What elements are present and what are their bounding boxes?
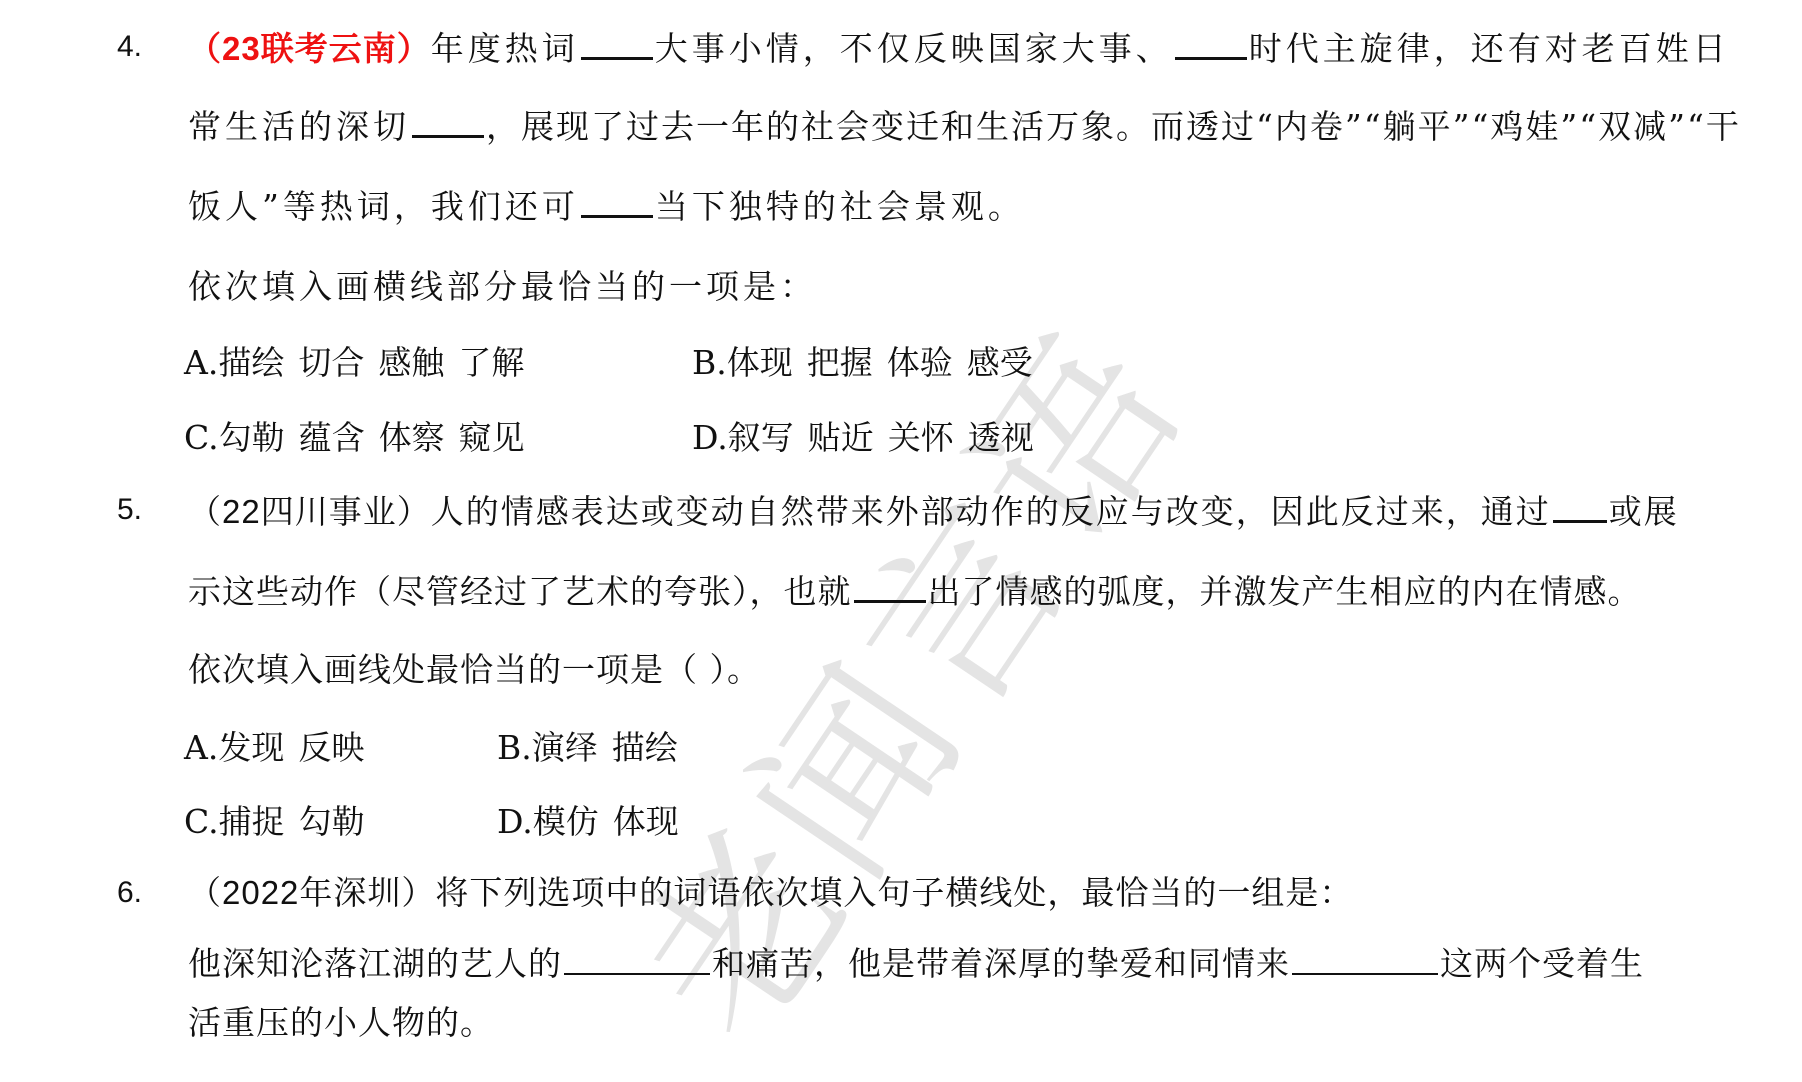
option-word: 反映 xyxy=(298,728,364,767)
stem-text: 常生活的深切 xyxy=(188,107,410,146)
option-word: 勾勒 xyxy=(299,802,365,841)
question-4-stem-line-2: 常生活的深切，展现了过去一年的社会变迁和生活万象。而透过“内卷”“躺平”“鸡娃”… xyxy=(188,105,1741,147)
option-d[interactable]: D.叙写贴近关怀透视 xyxy=(692,418,1048,458)
option-word: 叙写 xyxy=(728,418,794,457)
stem-text: 时代主旋律，还有对老百姓日 xyxy=(1249,29,1730,68)
stem-text: 示这些动作（尽管经过了艺术的夸张），也就 xyxy=(188,572,852,611)
option-c[interactable]: C.捕捉勾勒 xyxy=(184,802,379,842)
question-source-label: （23联考云南） xyxy=(188,30,431,67)
fill-blank[interactable] xyxy=(412,105,484,138)
question-5-stem-line-2: 示这些动作（尽管经过了艺术的夸张），也就出了情感的弧度，并激发产生相应的内在情感… xyxy=(188,570,1642,612)
fill-blank[interactable] xyxy=(581,185,653,218)
stem-text: 当下独特的社会景观。 xyxy=(655,187,1025,226)
question-5-prompt: 依次填入画线处最恰当的一项是（ ）。 xyxy=(188,650,761,690)
question-5-stem-line-1: （22四川事业）人的情感表达或变动自然带来外部动作的反应与改变，因此反过来，通过… xyxy=(188,490,1679,532)
option-a[interactable]: A.发现反映 xyxy=(184,728,378,768)
option-d[interactable]: D.模仿体现 xyxy=(497,802,693,842)
option-a[interactable]: A.描绘切合感触了解 xyxy=(184,343,538,383)
question-number: 5. xyxy=(117,490,142,530)
option-c[interactable]: C.勾勒蕴含体察窥见 xyxy=(184,418,539,458)
question-6-stem-line-1: 他深知沦落江湖的艺人的和痛苦，他是带着深厚的挚爱和同情来这两个受着生 xyxy=(188,943,1644,984)
option-label: A. xyxy=(184,728,218,767)
option-word: 了解 xyxy=(458,343,524,382)
option-word: 体验 xyxy=(887,343,953,382)
fill-blank[interactable] xyxy=(564,943,710,975)
option-word: 勾勒 xyxy=(219,418,285,457)
option-b[interactable]: B.体现把握体验感受 xyxy=(692,343,1047,383)
option-word: 描绘 xyxy=(612,728,678,767)
stem-text: 或展 xyxy=(1609,492,1679,531)
option-word: 发现 xyxy=(218,728,284,767)
option-word: 模仿 xyxy=(533,802,599,841)
option-label: B. xyxy=(692,343,727,382)
option-word: 演绎 xyxy=(532,728,598,767)
fill-blank[interactable] xyxy=(1553,490,1607,523)
option-label: C. xyxy=(184,802,219,841)
option-word: 贴近 xyxy=(808,418,874,457)
option-b[interactable]: B.演绎描绘 xyxy=(497,728,692,768)
question-4-stem-line-3: 饭人”等热词，我们还可当下独特的社会景观。 xyxy=(188,185,1025,227)
option-label: D. xyxy=(692,418,728,457)
fill-blank[interactable] xyxy=(1175,27,1247,60)
stem-text: 他深知沦落江湖的艺人的 xyxy=(188,944,562,983)
option-word: 感触 xyxy=(378,343,444,382)
stem-text: 将下列选项中的词语依次填入句子横线处，最恰当的一组是： xyxy=(435,873,1353,912)
question-6-stem-line-2: 活重压的小人物的。 xyxy=(188,1003,494,1043)
option-word: 体察 xyxy=(379,418,445,457)
option-word: 蕴含 xyxy=(299,418,365,457)
option-label: C. xyxy=(184,418,219,457)
option-label: B. xyxy=(497,728,532,767)
option-label: A. xyxy=(184,343,218,382)
stem-text: 年度热词 xyxy=(431,29,579,68)
option-label: D. xyxy=(497,802,533,841)
stem-text: 饭人”等热词，我们还可 xyxy=(188,187,579,226)
option-word: 透视 xyxy=(968,418,1034,457)
fill-blank[interactable] xyxy=(581,27,653,60)
stem-text: 人的情感表达或变动自然带来外部动作的反应与改变，因此反过来，通过 xyxy=(431,492,1551,531)
question-6-intro-line: （2022年深圳）将下列选项中的词语依次填入句子横线处，最恰当的一组是： xyxy=(188,873,1353,913)
stem-text: ，展现了过去一年的社会变迁和生活万象。而透过“内卷”“躺平”“鸡娃”“双减”“干 xyxy=(486,107,1741,146)
stem-text: 这两个受着生 xyxy=(1440,944,1644,983)
stem-text: 大事小情，不仅反映国家大事、 xyxy=(655,29,1173,68)
question-4-prompt: 依次填入画横线部分最恰当的一项是： xyxy=(188,267,817,307)
option-word: 捕捉 xyxy=(219,802,285,841)
stem-text: 出了情感的弧度，并激发产生相应的内在情感。 xyxy=(928,572,1642,611)
option-word: 关怀 xyxy=(888,418,954,457)
option-word: 切合 xyxy=(298,343,364,382)
option-word: 描绘 xyxy=(218,343,284,382)
question-number: 6. xyxy=(117,873,142,913)
fill-blank[interactable] xyxy=(854,570,926,603)
question-source-label: （22四川事业） xyxy=(188,493,431,530)
option-word: 感受 xyxy=(967,343,1033,382)
stem-text: 和痛苦，他是带着深厚的挚爱和同情来 xyxy=(712,944,1290,983)
option-word: 体现 xyxy=(613,802,679,841)
question-4-stem-line-1: （23联考云南）年度热词大事小情，不仅反映国家大事、时代主旋律，还有对老百姓日 xyxy=(188,27,1730,69)
option-word: 把握 xyxy=(807,343,873,382)
option-word: 窥见 xyxy=(459,418,525,457)
option-word: 体现 xyxy=(727,343,793,382)
question-number: 4. xyxy=(117,27,142,67)
question-source-label: （2022年深圳） xyxy=(188,874,435,911)
fill-blank[interactable] xyxy=(1292,943,1438,975)
